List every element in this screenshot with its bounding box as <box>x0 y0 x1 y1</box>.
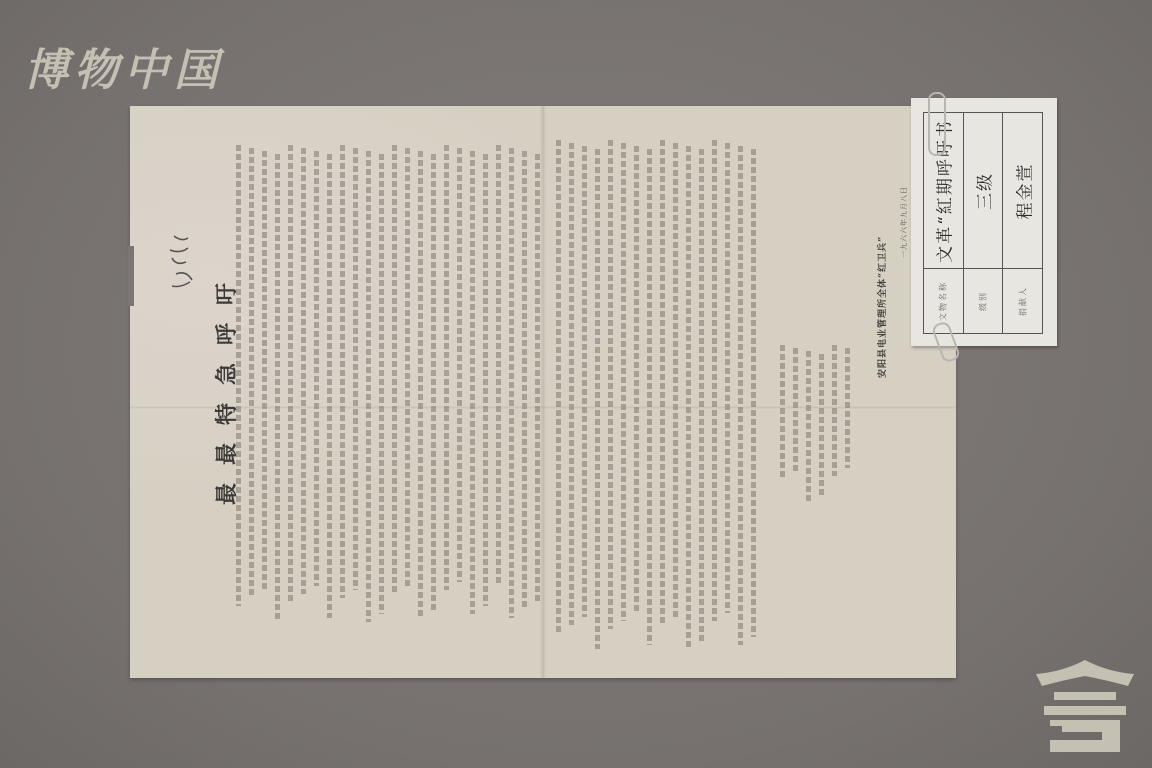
handwritten-signature-icon <box>164 228 200 298</box>
card-label-grade: 级别 <box>963 269 1003 334</box>
text-line <box>483 154 488 606</box>
text-line <box>340 145 345 598</box>
text-line <box>793 348 798 472</box>
text-line <box>379 154 384 614</box>
text-line <box>509 148 514 618</box>
issue-date: 一九六六年九月八日 <box>899 186 909 258</box>
text-line <box>780 345 785 480</box>
text-line <box>582 146 587 617</box>
text-line <box>366 151 371 622</box>
text-line <box>353 148 358 590</box>
text-line <box>444 145 449 590</box>
text-line <box>595 149 600 649</box>
text-line <box>288 145 293 602</box>
text-line <box>660 140 665 625</box>
museum-roof-logo-icon <box>1032 656 1138 756</box>
text-line <box>431 154 436 610</box>
text-line <box>608 140 613 629</box>
text-line <box>275 154 280 622</box>
text-line <box>751 149 756 637</box>
card-label-donor: 捐献人 <box>1003 269 1043 334</box>
text-line <box>327 154 332 618</box>
text-line <box>470 151 475 614</box>
text-line <box>569 143 574 625</box>
text-line <box>314 151 319 586</box>
text-line <box>832 345 837 476</box>
text-line <box>457 148 462 582</box>
text-line <box>496 145 501 586</box>
text-line <box>249 148 254 598</box>
text-line <box>806 351 811 504</box>
text-line <box>647 149 652 645</box>
text-line <box>738 146 743 645</box>
text-line <box>634 146 639 613</box>
paper-tear <box>128 246 134 306</box>
text-line <box>262 151 267 590</box>
text-line <box>819 354 824 496</box>
text-line <box>236 145 241 606</box>
text-line <box>673 143 678 617</box>
paper-clip-icon <box>928 92 946 156</box>
watermark-logo: 博物中国 <box>24 34 224 98</box>
issuer-signature: 安阳县电业管理所全体“红卫兵” <box>875 236 888 378</box>
text-line <box>301 148 306 594</box>
text-line <box>405 148 410 586</box>
text-line <box>556 140 561 633</box>
text-line <box>699 149 704 641</box>
text-line <box>535 154 540 602</box>
text-line <box>522 151 527 610</box>
card-value-grade: 三级 <box>963 113 1003 269</box>
card-value-donor: 程金萱 <box>1003 113 1043 269</box>
text-line <box>712 140 717 621</box>
text-line <box>418 151 423 618</box>
text-line <box>845 348 850 468</box>
text-line <box>686 146 691 649</box>
text-line <box>621 143 626 621</box>
text-line <box>725 143 730 613</box>
text-line <box>392 145 397 594</box>
